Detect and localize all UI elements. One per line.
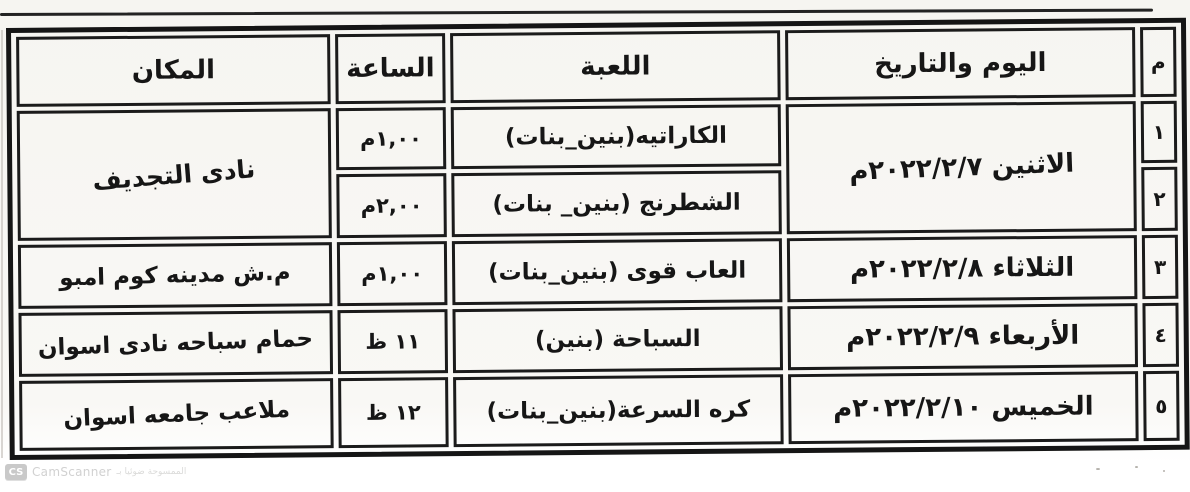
row1-place-text: نادى التجديف (92, 154, 257, 196)
page-edge-line (1, 30, 3, 458)
row4-place-text: حمام سباحه نادى اسوان (38, 326, 314, 362)
row1-place: نادى التجديف (17, 108, 332, 241)
row4-time: ١١ ظ (337, 309, 448, 374)
row5-time: ١٢ ظ (338, 377, 449, 448)
row3-place-text: م.ش مدينه كوم امبو (59, 260, 291, 292)
table-row-5: ٥ الخميس ٢٠٢٢/٢/١٠م كره السرعة(بنين_بنات… (19, 371, 1180, 451)
row2-index: ٢ (1141, 167, 1178, 231)
header-game: اللعبة (450, 30, 781, 103)
camscanner-arabic-note: الممسوحة ضوئيا بـ (117, 467, 187, 477)
row3-index: ٣ (1142, 235, 1179, 299)
row1-day-date-text: الاثنين ٢٠٢٢/٢/٧م (848, 149, 1074, 187)
table-row-1: ١ الاثنين ٢٠٢٢/٢/٧م الكاراتيه(بنين_بنات)… (17, 101, 1177, 173)
sports-schedule-table: م اليوم والتاريخ اللعبة الساعة المكان ١ … (6, 18, 1190, 460)
camscanner-watermark: CS CamScanner الممسوحة ضوئيا بـ (5, 464, 186, 480)
header-place: المكان (16, 34, 331, 107)
row3-game: العاب قوى (بنين_بنات) (452, 238, 783, 305)
header-row: م اليوم والتاريخ اللعبة الساعة المكان (16, 27, 1177, 107)
top-scan-line (0, 9, 1153, 16)
row1-game: الكاراتيه(بنين_بنات) (451, 104, 782, 169)
scan-speck (1135, 466, 1138, 468)
row1-index: ١ (1141, 101, 1178, 163)
row1-time: ١,٠٠م (336, 107, 447, 170)
header-day-date: اليوم والتاريخ (785, 27, 1136, 100)
row3-time: ١,٠٠م (337, 241, 448, 306)
table-skew-wrapper: م اليوم والتاريخ اللعبة الساعة المكان ١ … (6, 18, 1190, 460)
scanned-document-page: م اليوم والتاريخ اللعبة الساعة المكان ١ … (0, 0, 1190, 492)
camscanner-brand-text: CamScanner (32, 465, 112, 479)
row4-index: ٤ (1142, 303, 1179, 367)
row4-day-date: الأربعاء ٢٠٢٢/٢/٩م (787, 303, 1138, 370)
row3-place: م.ش مدينه كوم امبو (18, 242, 333, 309)
row4-place: حمام سباحه نادى اسوان (18, 310, 333, 377)
row3-day-date: الثلاثاء ٢٠٢٢/٢/٨م (787, 235, 1138, 302)
row5-place-text: ملاعب جامعه اسوان (63, 397, 291, 433)
scan-speck (1163, 470, 1165, 472)
scan-speck (1096, 468, 1100, 470)
header-index: م (1140, 27, 1177, 97)
camscanner-logo-icon: CS (5, 464, 27, 480)
row5-place: ملاعب جامعه اسوان (19, 378, 334, 451)
row5-index: ٥ (1143, 371, 1180, 441)
header-time: الساعة (335, 33, 446, 104)
row5-day-date: الخميس ٢٠٢٢/٢/١٠م (788, 371, 1139, 444)
row1-day-date: الاثنين ٢٠٢٢/٢/٧م (786, 101, 1137, 234)
row4-game: السباحة (بنين) (452, 306, 783, 373)
row2-time: ٢,٠٠م (336, 173, 447, 238)
table-row-3: ٣ الثلاثاء ٢٠٢٢/٢/٨م العاب قوى (بنين_بنا… (18, 235, 1179, 309)
table-row-4: ٤ الأربعاء ٢٠٢٢/٢/٩م السباحة (بنين) ١١ ظ… (18, 303, 1179, 377)
row2-game: الشطرنج (بنين_ بنات) (451, 170, 782, 237)
row5-game: كره السرعة(بنين_بنات) (453, 374, 784, 447)
